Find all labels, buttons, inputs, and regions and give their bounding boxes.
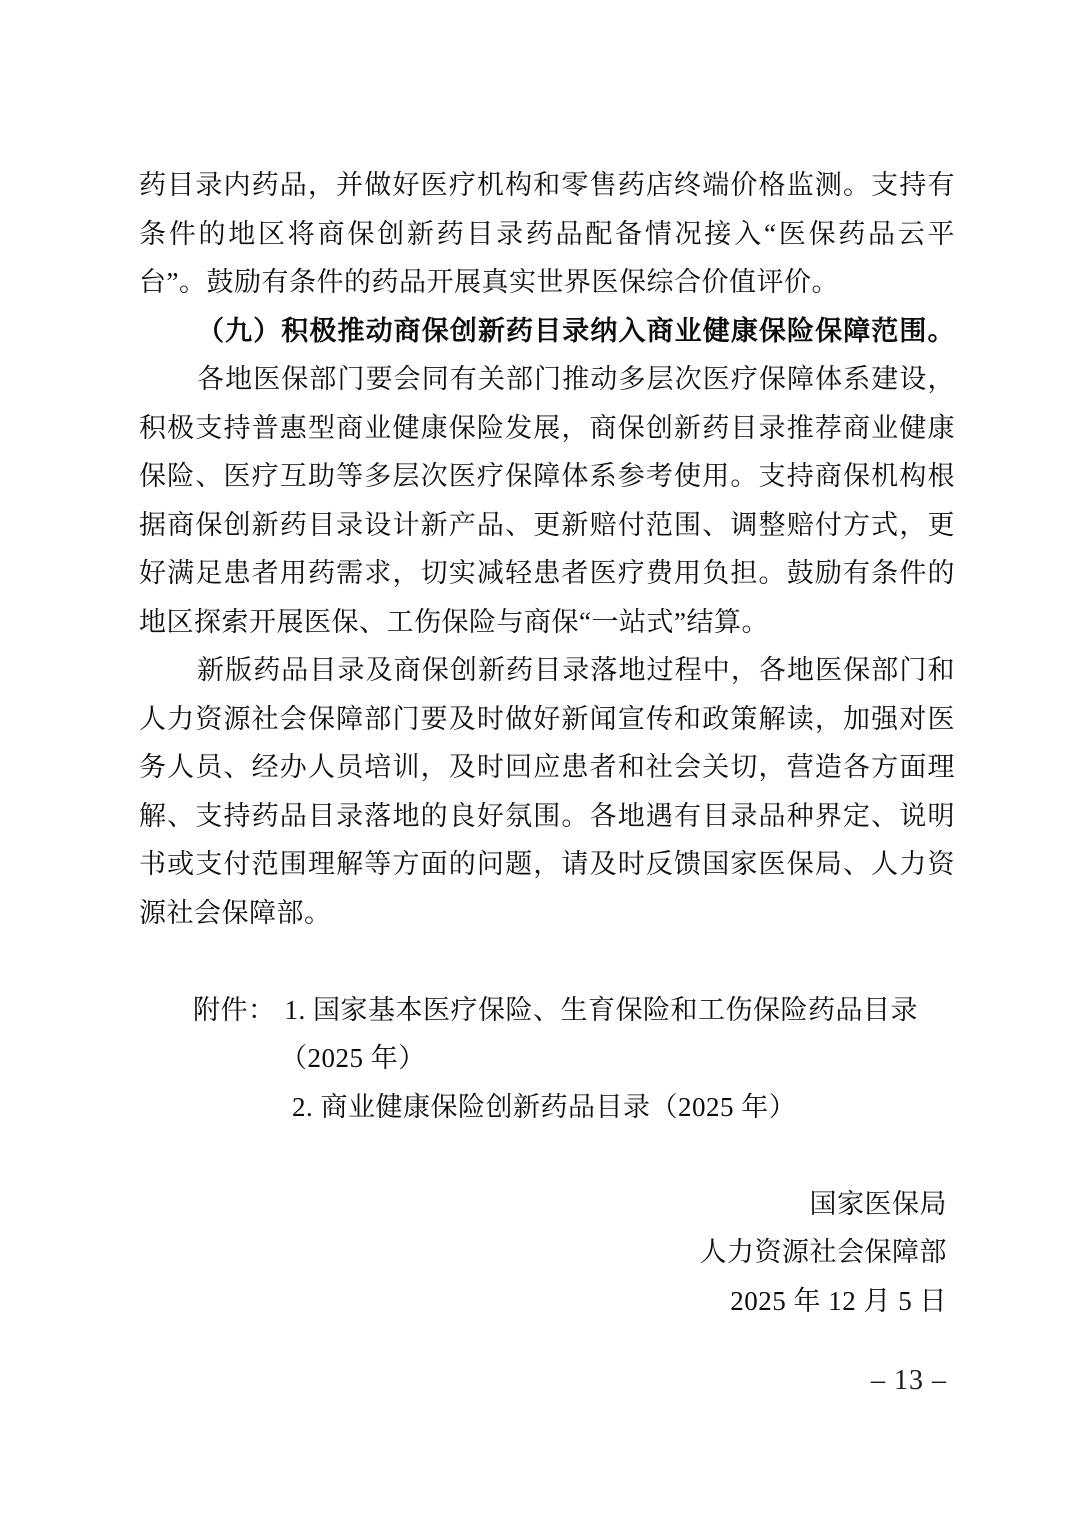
body-line: 好满足患者用药需求，切实减轻患者医疗费用负担。鼓励有条件的 [139,549,955,598]
attachment-item-1-continued: （2025 年） [139,1034,955,1083]
attachment-item-1: 1. 国家基本医疗保险、生育保险和工伤保险药品目录 [276,986,919,1035]
document-page: 药目录内药品，并做好医疗机构和零售药店终端价格监测。支持有 条件的地区将商保创新… [0,0,1074,1520]
signature-agency-1: 国家医保局 [139,1180,955,1229]
body-line: 解、支持药品目录落地的良好氛围。各地遇有目录品种界定、说明 [139,792,955,841]
blank-line [139,937,955,986]
body-line: 源社会保障部。 [139,889,955,938]
page-number: – 13 – [871,1366,947,1396]
body-line: 人力资源社会保障部门要及时做好新闻宣传和政策解读，加强对医 [139,695,955,744]
attachment-item-2: 2. 商业健康保险创新药品目录（2025 年） [139,1083,955,1132]
body-line: 保险、医疗互助等多层次医疗保障体系参考使用。支持商保机构根 [139,452,955,501]
body-line: 积极支持普惠型商业健康保险发展，商保创新药目录推荐商业健康 [139,404,955,453]
section-heading: （九）积极推动商保创新药目录纳入商业健康保险保障范围。 [139,307,955,356]
document-body: 药目录内药品，并做好医疗机构和零售药店终端价格监测。支持有 条件的地区将商保创新… [139,161,955,1325]
body-line: 务人员、经办人员培训，及时回应患者和社会关切，营造各方面理 [139,743,955,792]
attachment-label: 附件： [193,986,276,1035]
signature-date: 2025 年 12 月 5 日 [139,1277,955,1326]
attachment-row: 附件： 1. 国家基本医疗保险、生育保险和工伤保险药品目录 [139,986,955,1035]
body-line: 据商保创新药目录设计新产品、更新赔付范围、调整赔付方式，更 [139,501,955,550]
body-line: 台”。鼓励有条件的药品开展真实世界医保综合价值评价。 [139,258,955,307]
body-line: 书或支付范围理解等方面的问题，请及时反馈国家医保局、人力资 [139,840,955,889]
blank-line [139,1131,955,1180]
body-line: 地区探索开展医保、工伤保险与商保“一站式”结算。 [139,598,955,647]
body-line: 条件的地区将商保创新药目录药品配备情况接入“医保药品云平 [139,210,955,259]
body-line: 新版药品目录及商保创新药目录落地过程中，各地医保部门和 [139,646,955,695]
body-line: 药目录内药品，并做好医疗机构和零售药店终端价格监测。支持有 [139,161,955,210]
signature-agency-2: 人力资源社会保障部 [139,1228,955,1277]
body-line: 各地医保部门要会同有关部门推动多层次医疗保障体系建设， [139,355,955,404]
